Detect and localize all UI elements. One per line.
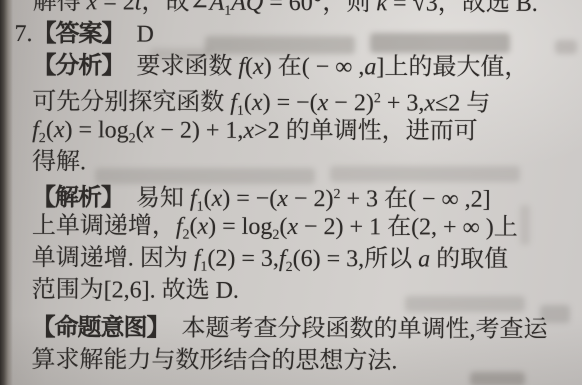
- text-segment: 上单调递增，: [32, 213, 176, 240]
- text-segment: ，故选 B.: [438, 0, 538, 17]
- text-line-4: f2(x) = log2(x − 2) + 1,x>2 的单调性，进而可: [14, 114, 576, 148]
- text-line-11: 算求解能力与数形结合的思想方法.: [13, 344, 575, 378]
- text-segment: (: [46, 117, 54, 143]
- book-spine-edge: [0, 0, 13, 385]
- text-segment: = 2: [97, 0, 135, 15]
- text-segment: − 2) + 1,: [154, 118, 243, 144]
- text-segment: ) = log: [208, 214, 272, 240]
- text-segment: 【命题意图】: [31, 315, 157, 341]
- text-segment: 【答案】: [32, 21, 112, 47]
- text-segment: 本题考查分段函数的单调性,考查运: [157, 316, 547, 343]
- text-segment: x: [318, 90, 329, 116]
- text-segment: A: [210, 0, 225, 16]
- text-segment: ≤2 与: [435, 90, 490, 116]
- text-segment: 范围为[2,6]. 故选 D.: [32, 277, 239, 304]
- text-segment: ，故∠: [141, 0, 209, 16]
- solution-text: 解得 x = 2t，故∠A1AQ = 60°，则 k = √3，故选 B.7.【…: [13, 0, 576, 378]
- text-segment: (: [279, 214, 287, 240]
- text-segment: x: [243, 118, 254, 144]
- text-segment: ) = −(: [222, 186, 277, 212]
- text-segment: 7.: [14, 21, 32, 47]
- text-segment: 3: [426, 0, 438, 16]
- text-segment: 算求解能力与数形结合的思想方法.: [31, 347, 397, 374]
- text-segment: k: [376, 0, 387, 16]
- text-segment: 易知: [112, 185, 190, 211]
- text-segment: >2 的单调性，进而可: [254, 118, 478, 145]
- text-segment: a: [418, 246, 430, 272]
- text-line-1: 7.【答案】 D: [14, 18, 576, 52]
- text-segment: ) 在( − ∞ ,: [264, 54, 365, 80]
- text-segment: 单调递增. 因为: [32, 245, 194, 272]
- text-segment: x: [424, 90, 435, 116]
- text-segment: 可先分别探究函数: [32, 89, 230, 116]
- text-segment: (: [244, 90, 252, 116]
- text-segment: − 2): [288, 186, 334, 212]
- text-segment: (6) = 3,所以: [293, 246, 419, 272]
- text-segment: 得解.: [32, 149, 86, 175]
- text-line-2: 【分析】 要求函数 f(x) 在( − ∞ ,a]上的最大值，: [14, 50, 576, 84]
- text-segment: x: [212, 186, 223, 212]
- text-segment: ]上的最大值，: [376, 54, 528, 81]
- text-segment: 2: [39, 131, 46, 146]
- text-segment: (: [189, 214, 197, 240]
- text-segment: 的取值: [430, 246, 508, 272]
- text-segment: (: [204, 186, 212, 212]
- text-segment: (: [245, 54, 253, 80]
- text-segment: x: [253, 54, 264, 80]
- text-segment: + 3 在( − ∞ ,2]: [340, 186, 490, 213]
- text-segment: 2: [334, 187, 341, 202]
- text-segment: = √: [387, 0, 426, 16]
- text-segment: 1: [224, 4, 231, 19]
- text-segment: ) = −(: [263, 90, 318, 116]
- text-line-3: 可先分别探究函数 f1(x) = −(x − 2)2 + 3,x≤2 与: [14, 82, 576, 116]
- text-segment: − 2) + 1 在(2, + ∞ )上: [298, 214, 518, 241]
- text-line-0: 解得 x = 2t，故∠A1AQ = 60°，则 k = √3，故选 B.: [15, 0, 577, 20]
- text-segment: x: [287, 214, 298, 240]
- text-segment: = 60°，则: [263, 0, 376, 16]
- text-line-5: 得解.: [14, 146, 576, 180]
- text-segment: 解得: [33, 0, 87, 15]
- text-segment: 1: [200, 260, 207, 275]
- text-line-10: 【命题意图】 本题考查分段函数的单调性,考查运: [13, 312, 575, 346]
- text-line-8: 单调递增. 因为 f1(2) = 3,f2(6) = 3,所以 a 的取值: [14, 242, 576, 276]
- text-segment: 2: [129, 131, 136, 146]
- text-segment: x: [144, 117, 155, 143]
- text-segment: (: [136, 117, 144, 143]
- text-segment: 【解析】: [32, 185, 112, 211]
- text-segment: x: [54, 117, 65, 143]
- text-segment: 2: [272, 228, 279, 243]
- text-segment: 2: [374, 91, 381, 106]
- text-segment: + 3,: [381, 90, 425, 116]
- text-segment: (2) = 3,: [207, 246, 279, 272]
- text-line-7: 上单调递增，f2(x) = log2(x − 2) + 1 在(2, + ∞ )…: [14, 210, 576, 244]
- text-segment: 2: [286, 260, 293, 275]
- text-segment: 【分析】: [32, 53, 112, 79]
- text-segment: D: [112, 21, 153, 47]
- text-segment: x: [252, 90, 263, 116]
- text-segment: x: [277, 186, 288, 212]
- text-segment: 要求函数: [112, 53, 238, 79]
- text-segment: a: [364, 54, 376, 80]
- textbook-page-photo: 解得 x = 2t，故∠A1AQ = 60°，则 k = √3，故选 B.7.【…: [0, 0, 582, 385]
- text-segment: 2: [182, 228, 189, 243]
- text-segment: AQ: [231, 0, 263, 16]
- text-segment: x: [197, 214, 208, 240]
- text-line-6: 【解析】 易知 f1(x) = −(x − 2)2 + 3 在( − ∞ ,2]: [14, 178, 576, 212]
- text-segment: ) = log: [64, 117, 128, 143]
- text-segment: x: [87, 0, 98, 15]
- text-segment: − 2): [328, 90, 374, 116]
- text-line-9: 范围为[2,6]. 故选 D.: [14, 274, 576, 308]
